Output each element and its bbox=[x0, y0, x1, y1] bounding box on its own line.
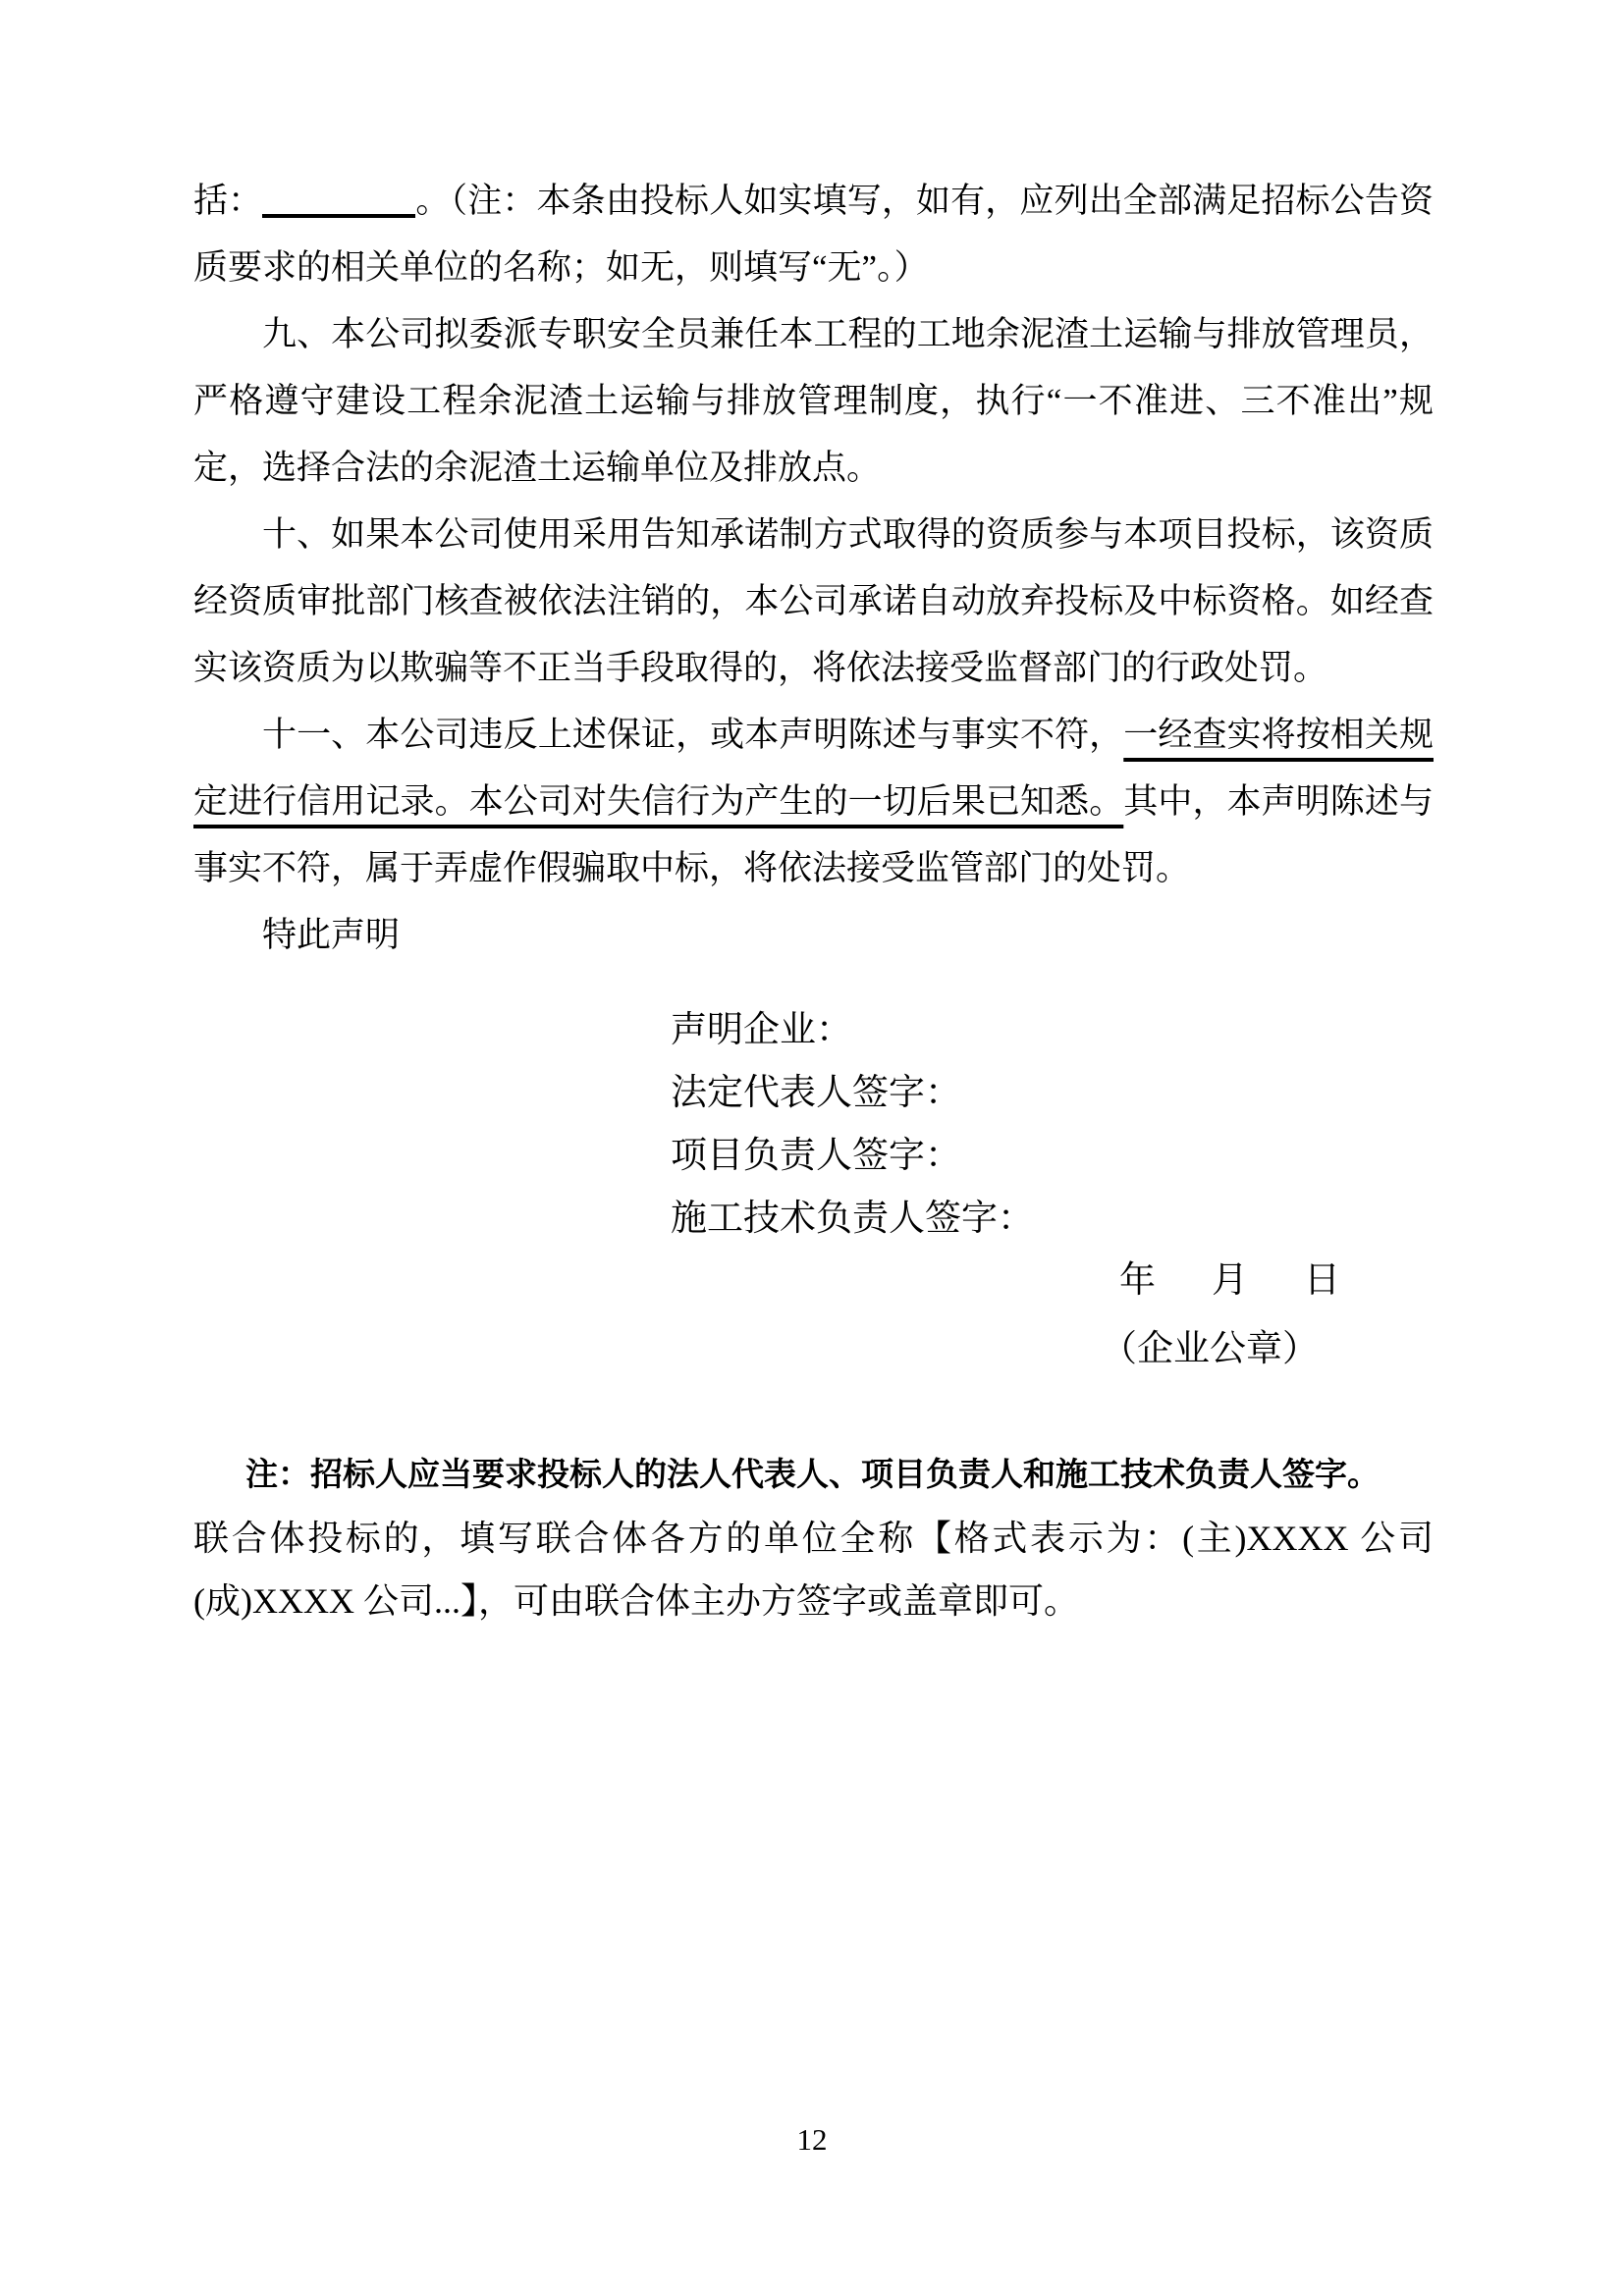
signature-line-4: 施工技术负责人签字： bbox=[671, 1188, 1034, 1251]
company-seal-label: （企业公章） bbox=[1101, 1318, 1319, 1381]
para-10: 十、如果本公司使用采用告知承诺制方式取得的资质参与本项目投标，该资质经资质审批部… bbox=[193, 502, 1434, 702]
page-number: 12 bbox=[0, 2122, 1624, 2158]
body-text: 。（注：本条由投标人如实填写，如有，应列出全部满足招标公告资质要求的相关单位的名… bbox=[193, 182, 1434, 287]
body-text: 十、如果本公司使用采用告知承诺制方式取得的资质参与本项目投标，该资质经资质审批部… bbox=[193, 515, 1434, 687]
document-paragraphs: 括：。（注：本条由投标人如实填写，如有，应列出全部满足招标公告资质要求的相关单位… bbox=[193, 168, 1434, 969]
notes-block: 注：招标人应当要求投标人的法人代表人、项目负责人和施工技术负责人签字。 联合体投… bbox=[193, 1444, 1434, 1632]
signature-line-3: 项目负责人签字： bbox=[671, 1125, 1034, 1188]
body-text: 十一、本公司违反上述保证，或本声明陈述与事实不符， bbox=[262, 716, 1123, 754]
note-title-line: 注：招标人应当要求投标人的法人代表人、项目负责人和施工技术负责人签字。 bbox=[193, 1444, 1434, 1507]
month-label: 月 bbox=[1212, 1250, 1248, 1312]
year-label: 年 bbox=[1119, 1250, 1156, 1312]
fill-in-blank-line bbox=[262, 214, 415, 218]
document-page: 括：。（注：本条由投标人如实填写，如有，应列出全部满足招标公告资质要求的相关单位… bbox=[0, 0, 1624, 2296]
body-text: 特此声明 bbox=[262, 916, 400, 954]
date-line: 年 月 日 bbox=[1119, 1250, 1340, 1312]
signature-line-2: 法定代表人签字： bbox=[671, 1062, 1034, 1125]
signature-block: 声明企业：法定代表人签字：项目负责人签字：施工技术负责人签字： bbox=[671, 999, 1034, 1251]
para-declaration: 特此声明 bbox=[193, 902, 1434, 969]
body-text: 九、本公司拟委派专职安全员兼任本工程的工地余泥渣土运输与排放管理员，严格遵守建设… bbox=[193, 315, 1434, 487]
note-body-text: 联合体投标的，填写联合体各方的单位全称【格式表示为：(主)XXXX 公司(成)X… bbox=[193, 1507, 1434, 1632]
signature-line-1: 声明企业： bbox=[671, 999, 1034, 1062]
para-11: 十一、本公司违反上述保证，或本声明陈述与事实不符，一经查实将按相关规定进行信用记… bbox=[193, 702, 1434, 902]
day-label: 日 bbox=[1304, 1250, 1340, 1312]
para-8-continuation: 括：。（注：本条由投标人如实填写，如有，应列出全部满足招标公告资质要求的相关单位… bbox=[193, 168, 1434, 301]
body-text: 括： bbox=[193, 182, 262, 220]
para-9: 九、本公司拟委派专职安全员兼任本工程的工地余泥渣土运输与排放管理员，严格遵守建设… bbox=[193, 301, 1434, 502]
